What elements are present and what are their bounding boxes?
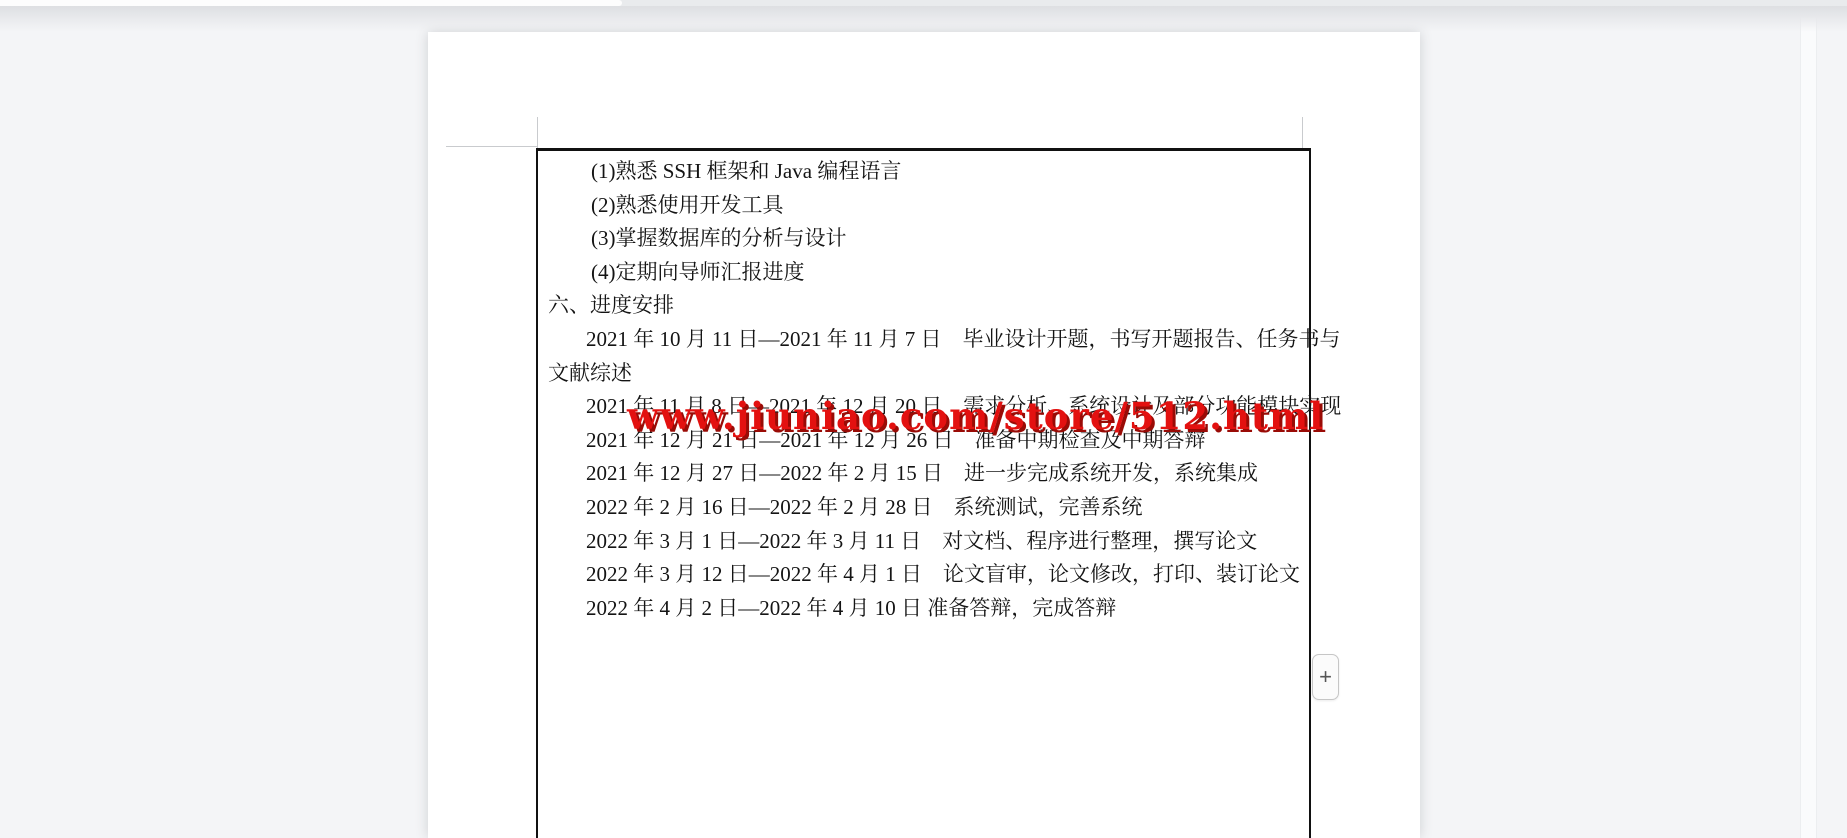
- document-viewer: (1)熟悉 SSH 框架和 Java 编程语言(2)熟悉使用开发工具(3)掌握数…: [0, 0, 1847, 838]
- doc-line: 2021 年 11 月 8 日—2021 年 12 月 20 日 需求分析、系统…: [538, 390, 1309, 424]
- doc-line: 2021 年 12 月 27 日—2022 年 2 月 15 日 进一步完成系统…: [538, 457, 1309, 491]
- horizontal-scrollbar-thumb[interactable]: [0, 0, 622, 6]
- doc-line: 2022 年 4 月 2 日—2022 年 4 月 10 日 准备答辩，完成答辩: [538, 592, 1309, 626]
- doc-line: 2022 年 3 月 1 日—2022 年 3 月 11 日 对文档、程序进行整…: [538, 525, 1309, 559]
- document-lines[interactable]: (1)熟悉 SSH 框架和 Java 编程语言(2)熟悉使用开发工具(3)掌握数…: [538, 151, 1309, 625]
- doc-line: 2022 年 3 月 12 日—2022 年 4 月 1 日 论文盲审，论文修改…: [538, 558, 1309, 592]
- horizontal-scrollbar-track[interactable]: [0, 0, 1847, 6]
- doc-line: 六、进度安排: [538, 289, 1309, 323]
- margin-guide-left: [537, 117, 538, 148]
- doc-line: (3)掌握数据库的分析与设计: [538, 222, 1309, 256]
- doc-line: (2)熟悉使用开发工具: [538, 189, 1309, 223]
- doc-line: 2021 年 12 月 21 日—2021 年 12 月 26 日 准备中期检查…: [538, 424, 1309, 458]
- doc-line: (1)熟悉 SSH 框架和 Java 编程语言: [538, 155, 1309, 189]
- doc-line: 2022 年 2 月 16 日—2022 年 2 月 28 日 系统测试，完善系…: [538, 491, 1309, 525]
- doc-line: (4)定期向导师汇报进度: [538, 256, 1309, 290]
- margin-guide-right: [1302, 117, 1303, 148]
- document-table: (1)熟悉 SSH 框架和 Java 编程语言(2)熟悉使用开发工具(3)掌握数…: [536, 148, 1311, 838]
- vertical-scrollbar-track[interactable]: [1800, 6, 1817, 838]
- doc-line: 2021 年 10 月 11 日—2021 年 11 月 7 日 毕业设计开题，…: [538, 323, 1309, 357]
- doc-line: 文献综述: [538, 357, 1309, 391]
- margin-guide-top: [446, 146, 537, 147]
- plus-icon: +: [1319, 664, 1332, 690]
- toolbar-shadow: [0, 6, 1847, 32]
- table-add-button[interactable]: +: [1312, 654, 1339, 700]
